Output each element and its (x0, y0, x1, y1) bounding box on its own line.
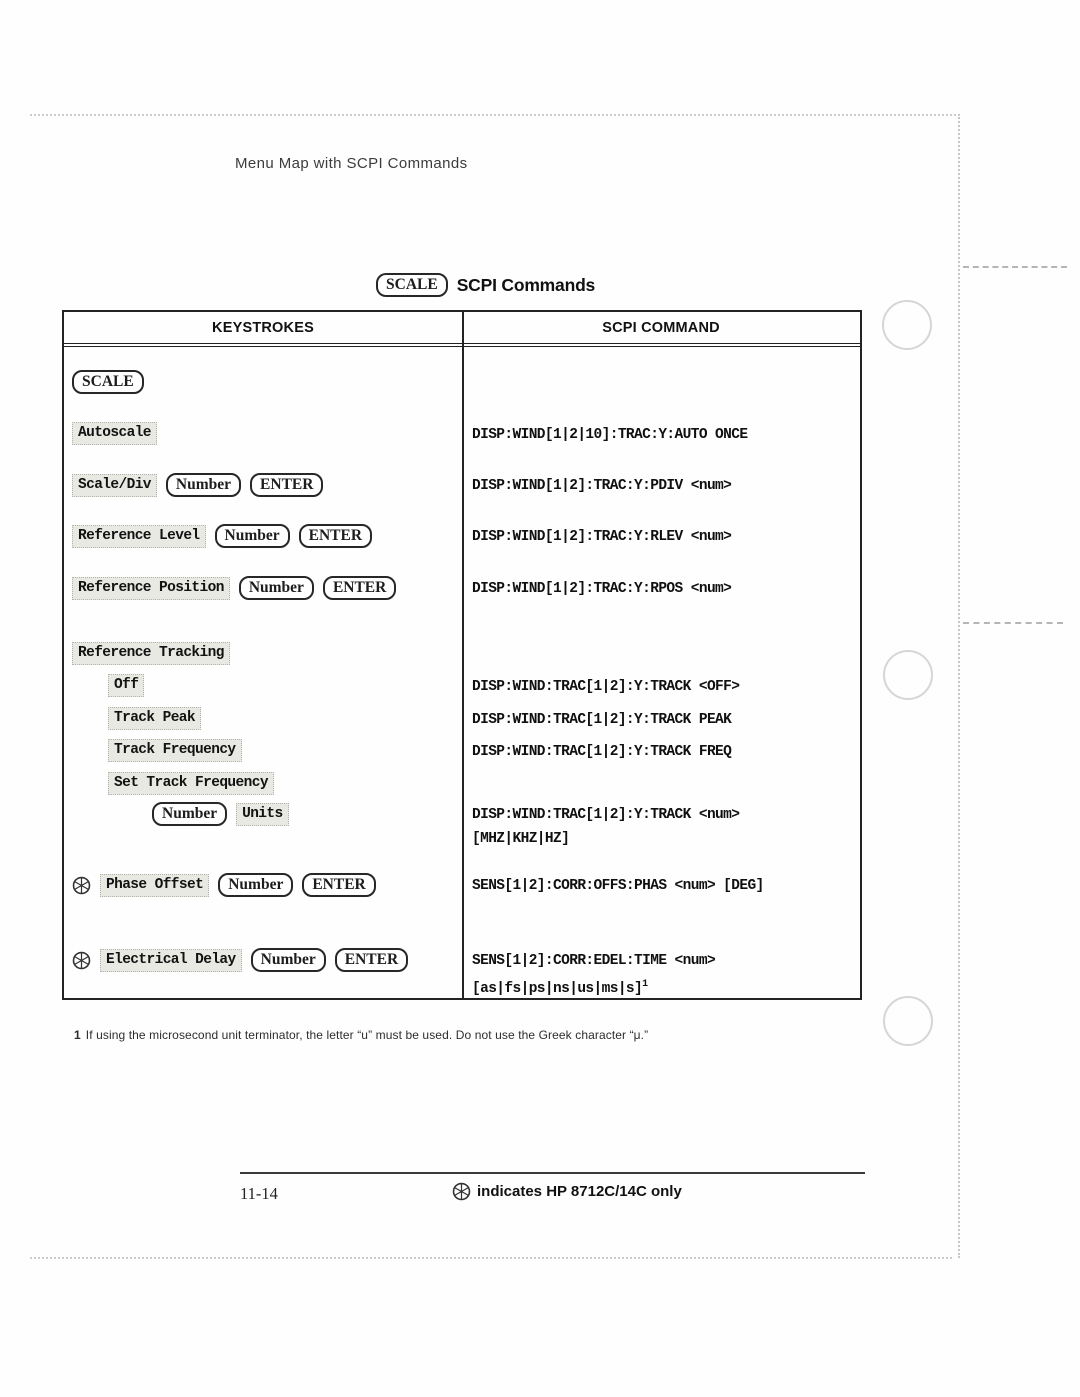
table-row-tracking-off: Off DISP:WIND:TRAC[1|2]:Y:TRACK <OFF> (64, 674, 860, 699)
command-cell: DISP:WIND[1|2]:TRAC:Y:RPOS <num> (462, 576, 860, 601)
punch-hole (883, 650, 933, 700)
softkey-label: Units (236, 803, 289, 826)
softkey-label: Track Peak (108, 707, 201, 730)
scale-keycap: SCALE (72, 370, 144, 394)
keystrokes-cell: Reference Position Number ENTER (64, 576, 462, 600)
number-keycap: Number (251, 948, 326, 972)
softkey-label: Track Frequency (108, 739, 242, 762)
table-row-reference-tracking: Reference Tracking (64, 642, 860, 665)
table-row-set-track-frequency: Set Track Frequency (64, 772, 860, 795)
softkey-label: Autoscale (72, 422, 157, 445)
scale-keycap: SCALE (376, 273, 448, 297)
table-row-reference-level: Reference Level Number ENTER DISP:WIND[1… (64, 524, 860, 549)
scan-dotted-line-top (30, 114, 956, 116)
keystrokes-cell: Reference Level Number ENTER (64, 524, 462, 548)
keystrokes-cell: Off (64, 674, 462, 697)
table-row-track-frequency: Track Frequency DISP:WIND:TRAC[1|2]:Y:TR… (64, 739, 860, 764)
keystrokes-cell: SCALE (64, 370, 462, 394)
footnote-text: If using the microsecond unit terminator… (86, 1028, 648, 1042)
keystrokes-column-header: KEYSTROKES (64, 312, 462, 343)
table-title-text: SCPI Commands (457, 275, 595, 296)
hp8712c-only-flower-icon (452, 1182, 471, 1201)
command-cell (462, 772, 860, 773)
keystrokes-cell: Track Frequency (64, 739, 462, 762)
number-keycap: Number (239, 576, 314, 600)
enter-keycap: ENTER (250, 473, 323, 497)
punch-hole (883, 996, 933, 1046)
footnote-marker: 1 (74, 1028, 81, 1042)
command-line-2: [MHZ|KHZ|HZ] (472, 827, 860, 851)
keystrokes-cell: Set Track Frequency (64, 772, 462, 795)
footer-note: indicates HP 8712C/14C only (452, 1182, 682, 1201)
footnote: 1If using the microsecond unit terminato… (74, 1028, 648, 1042)
command-cell: SENS[1|2]:CORR:EDEL:TIME <num> [as|fs|ps… (462, 948, 860, 1001)
command-cell: DISP:WIND:TRAC[1|2]:Y:TRACK <OFF> (462, 674, 860, 699)
running-header: Menu Map with SCPI Commands (235, 155, 468, 172)
enter-keycap: ENTER (323, 576, 396, 600)
softkey-label: Electrical Delay (100, 949, 242, 972)
command-cell (462, 642, 860, 643)
scan-dash-mark-1 (963, 266, 1067, 268)
table-title: SCALE SCPI Commands (376, 273, 595, 297)
scan-dash-mark-2 (963, 622, 1063, 624)
hp8712c-only-flower-icon (72, 876, 91, 895)
keystrokes-cell: Track Peak (64, 707, 462, 730)
table-row-scale: SCALE (64, 370, 860, 394)
scpi-command-column-header: SCPI COMMAND (462, 312, 860, 343)
command-cell: DISP:WIND:TRAC[1|2]:Y:TRACK FREQ (462, 739, 860, 764)
hp8712c-only-flower-icon (72, 951, 91, 970)
softkey-label: Scale/Div (72, 474, 157, 497)
enter-keycap: ENTER (302, 873, 375, 897)
command-line-1: SENS[1|2]:CORR:EDEL:TIME <num> (472, 949, 860, 973)
table-row-number-units: Number Units DISP:WIND:TRAC[1|2]:Y:TRACK… (64, 802, 860, 851)
keystrokes-cell: Reference Tracking (64, 642, 462, 665)
command-line-2: [as|fs|ps|ns|us|ms|s]1 (472, 973, 860, 1001)
softkey-label: Set Track Frequency (108, 772, 274, 795)
command-cell: DISP:WIND:TRAC[1|2]:Y:TRACK PEAK (462, 707, 860, 732)
scan-dotted-line-right (958, 114, 960, 1258)
keystrokes-cell: Scale/Div Number ENTER (64, 473, 462, 497)
table-body: SCALE Autoscale DISP:WIND[1|2|10]:TRAC:Y… (64, 347, 860, 996)
keystrokes-cell: Phase Offset Number ENTER (64, 873, 462, 897)
softkey-label: Reference Tracking (72, 642, 230, 665)
keystrokes-cell: Electrical Delay Number ENTER (64, 948, 462, 972)
number-keycap: Number (218, 873, 293, 897)
table-row-scale-div: Scale/Div Number ENTER DISP:WIND[1|2]:TR… (64, 473, 860, 498)
softkey-label: Reference Level (72, 525, 206, 548)
table-row-phase-offset: Phase Offset Number ENTER SENS[1|2]:CORR… (64, 873, 860, 898)
command-cell: DISP:WIND:TRAC[1|2]:Y:TRACK <num> [MHZ|K… (462, 802, 860, 851)
softkey-label: Phase Offset (100, 874, 209, 897)
number-keycap: Number (152, 802, 227, 826)
softkey-label: Off (108, 674, 144, 697)
footer-rule (240, 1172, 865, 1174)
command-cell: DISP:WIND[1|2]:TRAC:Y:RLEV <num> (462, 524, 860, 549)
number-keycap: Number (215, 524, 290, 548)
number-keycap: Number (166, 473, 241, 497)
table-row-track-peak: Track Peak DISP:WIND:TRAC[1|2]:Y:TRACK P… (64, 707, 860, 732)
footer-note-text: indicates HP 8712C/14C only (477, 1183, 682, 1200)
keystrokes-cell: Autoscale (64, 422, 462, 445)
enter-keycap: ENTER (299, 524, 372, 548)
table-row-electrical-delay: Electrical Delay Number ENTER SENS[1|2]:… (64, 948, 860, 1001)
keystrokes-cell: Number Units (64, 802, 462, 826)
command-cell: SENS[1|2]:CORR:OFFS:PHAS <num> [DEG] (462, 873, 860, 898)
scan-dotted-line-bottom (30, 1257, 952, 1259)
scpi-command-table: KEYSTROKES SCPI COMMAND SCALE Autoscale … (62, 310, 862, 1000)
command-cell: DISP:WIND[1|2|10]:TRAC:Y:AUTO ONCE (462, 422, 860, 447)
command-cell (462, 370, 860, 371)
scanned-manual-page: Menu Map with SCPI Commands SCALE SCPI C… (0, 0, 1080, 1397)
table-row-reference-position: Reference Position Number ENTER DISP:WIN… (64, 576, 860, 601)
table-row-autoscale: Autoscale DISP:WIND[1|2|10]:TRAC:Y:AUTO … (64, 422, 860, 447)
punch-hole (882, 300, 932, 350)
softkey-label: Reference Position (72, 577, 230, 600)
page-number: 11-14 (240, 1184, 278, 1204)
command-line-1: DISP:WIND:TRAC[1|2]:Y:TRACK <num> (472, 803, 860, 827)
enter-keycap: ENTER (335, 948, 408, 972)
footnote-reference: 1 (642, 979, 648, 990)
command-cell: DISP:WIND[1|2]:TRAC:Y:PDIV <num> (462, 473, 860, 498)
